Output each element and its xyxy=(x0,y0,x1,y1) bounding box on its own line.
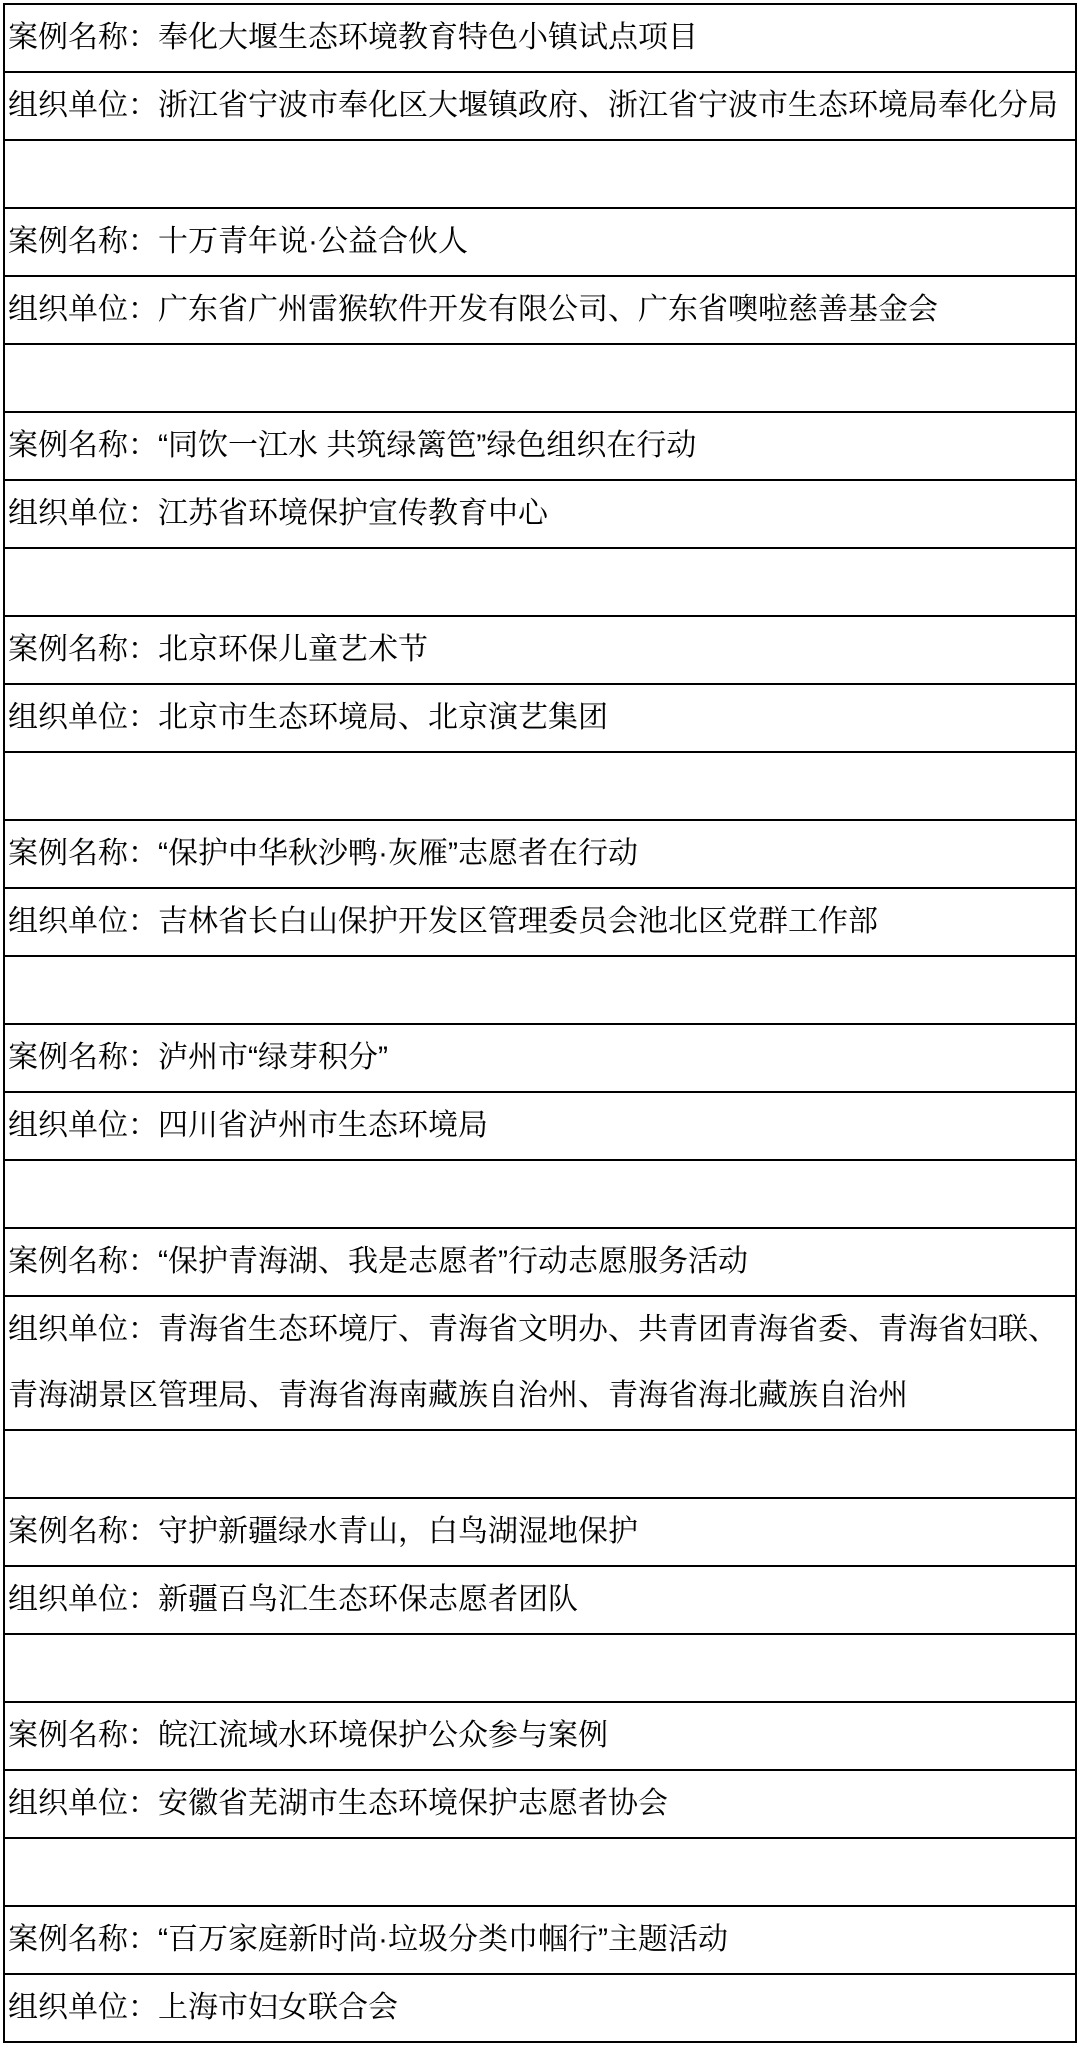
org-unit-label: 组织单位： xyxy=(8,1787,158,1820)
org-unit-label: 组织单位： xyxy=(8,89,158,122)
org-unit-label: 组织单位： xyxy=(8,293,158,326)
org-unit-value: 广东省广州雷猴软件开发有限公司、广东省噢啦慈善基金会 xyxy=(158,293,938,326)
org-unit-label: 组织单位： xyxy=(8,701,158,734)
org-row: 组织单位：广东省广州雷猴软件开发有限公司、广东省噢啦慈善基金会 xyxy=(4,276,1076,344)
org-unit-cell: 组织单位：新疆百鸟汇生态环保志愿者团队 xyxy=(4,1566,1076,1634)
org-unit-value: 上海市妇女联合会 xyxy=(158,1991,398,2024)
org-unit-cell: 组织单位：安徽省芜湖市生态环境保护志愿者协会 xyxy=(4,1770,1076,1838)
spacer-row xyxy=(4,1430,1076,1498)
case-name-value: “百万家庭新时尚·垃圾分类巾帼行”主题活动 xyxy=(158,1923,728,1956)
org-unit-cell: 组织单位：青海省生态环境厅、青海省文明办、共青团青海省委、青海省妇联、青海湖景区… xyxy=(4,1296,1076,1430)
case-row: 案例名称：奉化大堰生态环境教育特色小镇试点项目 xyxy=(4,4,1076,72)
case-name-label: 案例名称： xyxy=(8,1041,158,1074)
org-row: 组织单位：北京市生态环境局、北京演艺集团 xyxy=(4,684,1076,752)
case-name-label: 案例名称： xyxy=(8,1719,158,1752)
case-name-value: 奉化大堰生态环境教育特色小镇试点项目 xyxy=(158,21,698,54)
org-unit-cell: 组织单位：广东省广州雷猴软件开发有限公司、广东省噢啦慈善基金会 xyxy=(4,276,1076,344)
org-row: 组织单位：上海市妇女联合会 xyxy=(4,1974,1076,2042)
spacer-cell xyxy=(4,548,1076,616)
org-row: 组织单位：四川省泸州市生态环境局 xyxy=(4,1092,1076,1160)
spacer-cell xyxy=(4,1634,1076,1702)
cases-table: 案例名称：奉化大堰生态环境教育特色小镇试点项目 组织单位：浙江省宁波市奉化区大堰… xyxy=(3,3,1077,2043)
spacer-row xyxy=(4,956,1076,1024)
org-unit-label: 组织单位： xyxy=(8,905,158,938)
spacer-cell xyxy=(4,956,1076,1024)
case-row: 案例名称：北京环保儿童艺术节 xyxy=(4,616,1076,684)
spacer-cell xyxy=(4,1838,1076,1906)
org-unit-value: 浙江省宁波市奉化区大堰镇政府、浙江省宁波市生态环境局奉化分局 xyxy=(158,89,1058,122)
case-name-cell: 案例名称：“保护青海湖、我是志愿者”行动志愿服务活动 xyxy=(4,1228,1076,1296)
case-name-label: 案例名称： xyxy=(8,225,158,258)
case-name-label: 案例名称： xyxy=(8,21,158,54)
case-row: 案例名称：“同饮一江水 共筑绿篱笆”绿色组织在行动 xyxy=(4,412,1076,480)
case-name-value: 皖江流域水环境保护公众参与案例 xyxy=(158,1719,608,1752)
spacer-row xyxy=(4,1838,1076,1906)
org-unit-label: 组织单位： xyxy=(8,497,158,530)
org-unit-label: 组织单位： xyxy=(8,1109,158,1142)
org-unit-cell: 组织单位：江苏省环境保护宣传教育中心 xyxy=(4,480,1076,548)
case-name-cell: 案例名称：十万青年说·公益合伙人 xyxy=(4,208,1076,276)
org-unit-cell: 组织单位：上海市妇女联合会 xyxy=(4,1974,1076,2042)
case-name-value: 北京环保儿童艺术节 xyxy=(158,633,428,666)
case-name-cell: 案例名称：皖江流域水环境保护公众参与案例 xyxy=(4,1702,1076,1770)
case-row: 案例名称：泸州市“绿芽积分” xyxy=(4,1024,1076,1092)
org-unit-value: 新疆百鸟汇生态环保志愿者团队 xyxy=(158,1583,578,1616)
case-name-label: 案例名称： xyxy=(8,633,158,666)
org-unit-value: 安徽省芜湖市生态环境保护志愿者协会 xyxy=(158,1787,668,1820)
org-row: 组织单位：青海省生态环境厅、青海省文明办、共青团青海省委、青海省妇联、青海湖景区… xyxy=(4,1296,1076,1430)
case-name-cell: 案例名称：泸州市“绿芽积分” xyxy=(4,1024,1076,1092)
org-row: 组织单位：江苏省环境保护宣传教育中心 xyxy=(4,480,1076,548)
case-name-cell: 案例名称：奉化大堰生态环境教育特色小镇试点项目 xyxy=(4,4,1076,72)
org-row: 组织单位：浙江省宁波市奉化区大堰镇政府、浙江省宁波市生态环境局奉化分局 xyxy=(4,72,1076,140)
org-unit-value: 四川省泸州市生态环境局 xyxy=(158,1109,488,1142)
org-unit-value: 江苏省环境保护宣传教育中心 xyxy=(158,497,548,530)
case-name-value: 泸州市“绿芽积分” xyxy=(158,1041,388,1074)
org-unit-value: 吉林省长白山保护开发区管理委员会池北区党群工作部 xyxy=(158,905,878,938)
case-row: 案例名称：“保护青海湖、我是志愿者”行动志愿服务活动 xyxy=(4,1228,1076,1296)
org-unit-cell: 组织单位：四川省泸州市生态环境局 xyxy=(4,1092,1076,1160)
spacer-row xyxy=(4,752,1076,820)
spacer-cell xyxy=(4,344,1076,412)
spacer-row xyxy=(4,344,1076,412)
org-row: 组织单位：安徽省芜湖市生态环境保护志愿者协会 xyxy=(4,1770,1076,1838)
spacer-row xyxy=(4,1160,1076,1228)
case-name-value: “保护青海湖、我是志愿者”行动志愿服务活动 xyxy=(158,1245,748,1278)
org-unit-cell: 组织单位：北京市生态环境局、北京演艺集团 xyxy=(4,684,1076,752)
case-row: 案例名称：皖江流域水环境保护公众参与案例 xyxy=(4,1702,1076,1770)
org-row: 组织单位：吉林省长白山保护开发区管理委员会池北区党群工作部 xyxy=(4,888,1076,956)
spacer-row xyxy=(4,548,1076,616)
case-name-cell: 案例名称：守护新疆绿水青山，白鸟湖湿地保护 xyxy=(4,1498,1076,1566)
case-name-value: “保护中华秋沙鸭·灰雁”志愿者在行动 xyxy=(158,837,638,870)
org-unit-value: 青海省生态环境厅、青海省文明办、共青团青海省委、青海省妇联、青海湖景区管理局、青… xyxy=(8,1313,1058,1412)
case-name-cell: 案例名称：“百万家庭新时尚·垃圾分类巾帼行”主题活动 xyxy=(4,1906,1076,1974)
org-unit-cell: 组织单位：吉林省长白山保护开发区管理委员会池北区党群工作部 xyxy=(4,888,1076,956)
case-row: 案例名称：守护新疆绿水青山，白鸟湖湿地保护 xyxy=(4,1498,1076,1566)
case-name-cell: 案例名称：北京环保儿童艺术节 xyxy=(4,616,1076,684)
case-row: 案例名称：十万青年说·公益合伙人 xyxy=(4,208,1076,276)
org-unit-value: 北京市生态环境局、北京演艺集团 xyxy=(158,701,608,734)
case-name-label: 案例名称： xyxy=(8,1515,158,1548)
spacer-cell xyxy=(4,1430,1076,1498)
case-name-label: 案例名称： xyxy=(8,429,158,462)
org-unit-label: 组织单位： xyxy=(8,1313,158,1346)
case-row: 案例名称：“百万家庭新时尚·垃圾分类巾帼行”主题活动 xyxy=(4,1906,1076,1974)
case-name-label: 案例名称： xyxy=(8,837,158,870)
org-unit-label: 组织单位： xyxy=(8,1991,158,2024)
case-row: 案例名称：“保护中华秋沙鸭·灰雁”志愿者在行动 xyxy=(4,820,1076,888)
spacer-row xyxy=(4,140,1076,208)
spacer-cell xyxy=(4,140,1076,208)
spacer-row xyxy=(4,1634,1076,1702)
org-unit-cell: 组织单位：浙江省宁波市奉化区大堰镇政府、浙江省宁波市生态环境局奉化分局 xyxy=(4,72,1076,140)
spacer-cell xyxy=(4,752,1076,820)
case-name-value: “同饮一江水 共筑绿篱笆”绿色组织在行动 xyxy=(158,429,696,462)
case-name-cell: 案例名称：“同饮一江水 共筑绿篱笆”绿色组织在行动 xyxy=(4,412,1076,480)
spacer-cell xyxy=(4,1160,1076,1228)
case-name-label: 案例名称： xyxy=(8,1923,158,1956)
case-name-cell: 案例名称：“保护中华秋沙鸭·灰雁”志愿者在行动 xyxy=(4,820,1076,888)
case-name-value: 守护新疆绿水青山，白鸟湖湿地保护 xyxy=(158,1515,638,1548)
case-name-value: 十万青年说·公益合伙人 xyxy=(158,225,468,258)
case-name-label: 案例名称： xyxy=(8,1245,158,1278)
org-unit-label: 组织单位： xyxy=(8,1583,158,1616)
org-row: 组织单位：新疆百鸟汇生态环保志愿者团队 xyxy=(4,1566,1076,1634)
